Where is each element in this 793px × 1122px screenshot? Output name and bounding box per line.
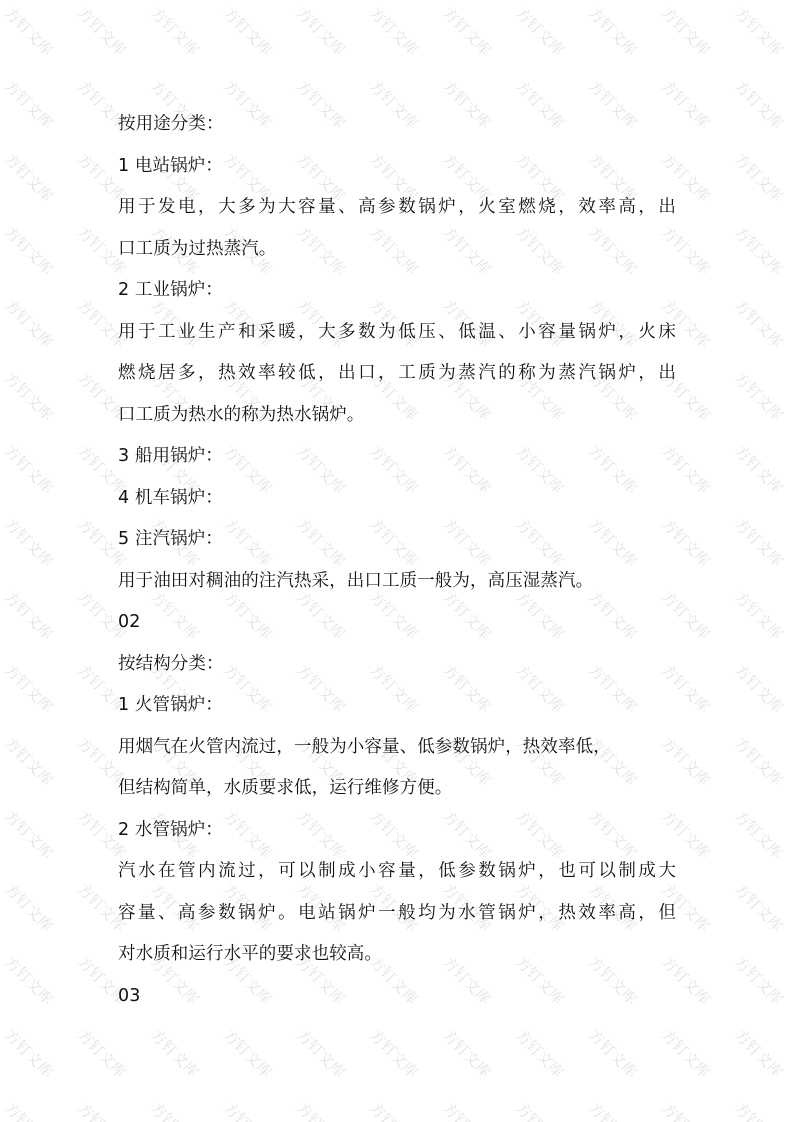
subheading-fire-tube-boiler: 1 火管锅炉： — [118, 685, 678, 727]
paragraph-line: 用于发电，大多为大容量、高参数锅炉，火室燃烧，效率高，出 — [118, 187, 676, 229]
paragraph-line: 对水质和运行水平的要求也较高。 — [118, 934, 678, 976]
section-number-03: 03 — [118, 976, 678, 1018]
paragraph-line: 但结构简单，水质要求低，运行维修方便。 — [118, 768, 678, 810]
subheading-industrial-boiler: 2 工业锅炉： — [118, 270, 678, 312]
subheading-marine-boiler: 3 船用锅炉： — [118, 436, 678, 478]
paragraph-line: 用烟气在火管内流过，一般为小容量、低参数锅炉，热效率低， — [118, 727, 678, 769]
subheading-water-tube-boiler: 2 水管锅炉： — [118, 810, 678, 852]
paragraph-line: 容量、高参数锅炉。电站锅炉一般均为水管锅炉，热效率高，但 — [118, 893, 676, 935]
paragraph-line: 用于工业生产和采暖，大多数为低压、低温、小容量锅炉，火床 — [118, 312, 676, 354]
section-number-02: 02 — [118, 602, 678, 644]
paragraph-line: 汽水在管内流过，可以制成小容量，低参数锅炉，也可以制成大 — [118, 851, 676, 893]
subheading-locomotive-boiler: 4 机车锅炉： — [118, 478, 678, 520]
paragraph-line: 用于油田对稠油的注汽热采，出口工质一般为，高压湿蒸汽。 — [118, 561, 678, 603]
heading-by-structure: 按结构分类： — [118, 644, 678, 686]
subheading-power-station-boiler: 1 电站锅炉： — [118, 146, 678, 188]
document-body: 按用途分类： 1 电站锅炉： 用于发电，大多为大容量、高参数锅炉，火室燃烧，效率… — [118, 104, 678, 1017]
paragraph-line: 口工质为热水的称为热水锅炉。 — [118, 395, 678, 437]
paragraph-line: 口工质为过热蒸汽。 — [118, 229, 678, 271]
heading-by-usage: 按用途分类： — [118, 104, 678, 146]
paragraph-line: 燃烧居多，热效率较低，出口，工质为蒸汽的称为蒸汽锅炉，出 — [118, 353, 676, 395]
subheading-steam-injection-boiler: 5 注汽锅炉： — [118, 519, 678, 561]
